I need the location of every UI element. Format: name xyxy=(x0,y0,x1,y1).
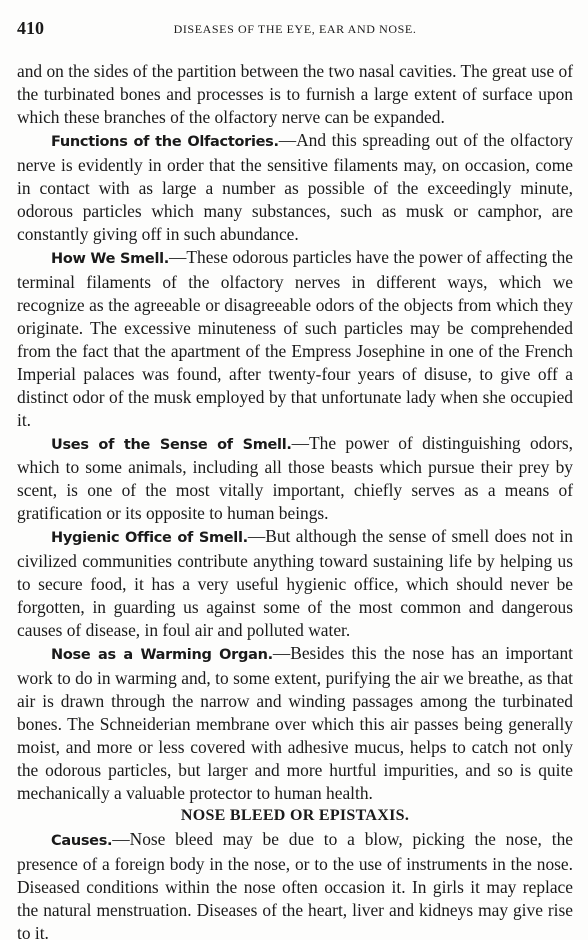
run-in-heading: Functions of the Olfactories. xyxy=(51,134,279,150)
paragraph-uses-of-smell: Uses of the Sense of Smell.—The power of… xyxy=(17,432,573,526)
paragraph-functions-of-olfactories: Functions of the Olfactories.—And this s… xyxy=(17,129,573,246)
run-in-heading: Hygienic Office of Smell. xyxy=(51,530,248,546)
paragraph-continuation: and on the sides of the partition betwee… xyxy=(17,60,573,129)
run-in-heading: Uses of the Sense of Smell. xyxy=(51,437,292,453)
paragraph-text: and on the sides of the partition betwee… xyxy=(17,61,573,127)
paragraph-hygienic-office: Hygienic Office of Smell.—But although t… xyxy=(17,525,573,642)
run-in-heading: Causes. xyxy=(51,833,112,849)
body-text: and on the sides of the partition betwee… xyxy=(17,60,573,940)
paragraph-text: —Besides this the nose has an important … xyxy=(17,643,573,803)
section-heading: NOSE BLEED OR EPISTAXIS. xyxy=(17,805,573,828)
paragraph-how-we-smell: How We Smell.—These odorous particles ha… xyxy=(17,246,573,432)
run-in-heading: Nose as a Warming Organ. xyxy=(51,647,273,663)
running-head: 410 DISEASES OF THE EYE, EAR AND NOSE. xyxy=(17,18,573,38)
run-in-heading: How We Smell. xyxy=(51,251,169,267)
paragraph-text: —These odorous particles have the power … xyxy=(17,247,573,430)
paragraph-causes: Causes.—Nose bleed may be due to a blow,… xyxy=(17,828,573,940)
paragraph-warming-organ: Nose as a Warming Organ.—Besides this th… xyxy=(17,642,573,805)
book-page: 410 DISEASES OF THE EYE, EAR AND NOSE. a… xyxy=(0,0,588,940)
running-head-title: DISEASES OF THE EYE, EAR AND NOSE. xyxy=(17,22,573,37)
